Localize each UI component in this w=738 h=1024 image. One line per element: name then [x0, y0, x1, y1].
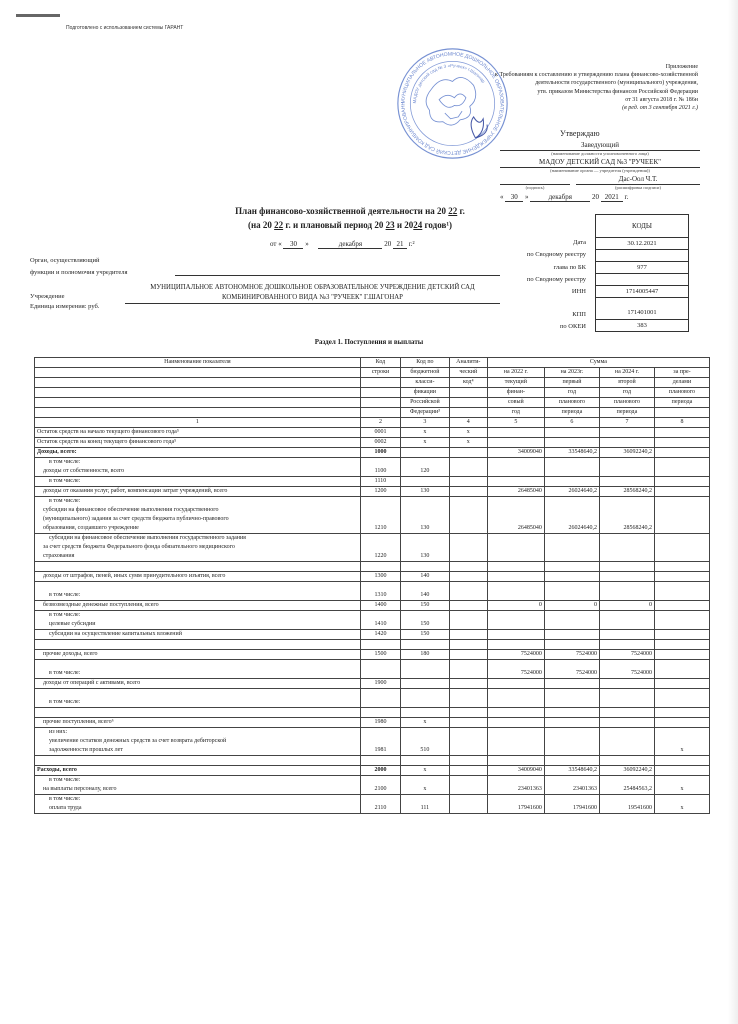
row-sum-2022: 23401363	[487, 776, 544, 795]
header-beyond: за пре-	[654, 368, 709, 378]
table-row: прочие поступления, всего⁶1980x	[35, 718, 710, 728]
row-sum-beyond: x	[654, 776, 709, 795]
row-bk-code: 150	[401, 611, 450, 630]
row-sum-beyond: x	[654, 795, 709, 814]
row-code: 1300	[360, 572, 400, 582]
approve-month: декабря	[530, 193, 590, 202]
header-year2: периода	[544, 408, 599, 418]
row-analytic-code	[449, 582, 487, 601]
row-name: прочие поступления, всего⁶	[35, 718, 361, 728]
row-sum-2023: 33548640,2	[544, 766, 599, 776]
header-year1: финан-	[487, 388, 544, 398]
row-name	[35, 708, 361, 718]
row-name-line: в том числе:	[49, 795, 358, 804]
page-title: План финансово-хозяйственной деятельност…	[200, 204, 500, 232]
row-sum-2024: 36092240,2	[599, 448, 654, 458]
row-sum-2023: 7524000	[544, 650, 599, 660]
row-bk-code	[401, 562, 450, 572]
row-sum-2024	[599, 458, 654, 477]
row-code: 1110	[360, 477, 400, 487]
approve-label: Утверждаю	[560, 129, 600, 138]
row-sum-2023	[544, 438, 599, 448]
row-sum-2022	[487, 582, 544, 601]
row-bk-code: 130	[401, 534, 450, 562]
section-title: Раздел 1. Поступления и выплаты	[0, 338, 738, 346]
row-name-line: доходы от собственности, всего	[43, 467, 358, 476]
column-number: 4	[449, 418, 487, 428]
header-sum: Сумма	[487, 358, 709, 368]
row-sum-2022	[487, 477, 544, 487]
row-name-line: на выплаты персоналу, всего	[43, 785, 358, 794]
row-sum-beyond	[654, 718, 709, 728]
row-bk-code: 130	[401, 487, 450, 497]
row-analytic-code	[449, 766, 487, 776]
row-name: прочие доходы, всего	[35, 650, 361, 660]
row-sum-2023: 33548640,2	[544, 448, 599, 458]
row-code: 2000	[360, 766, 400, 776]
row-sum-2022: 17941600	[487, 795, 544, 814]
table-row: в том числе: 1310140	[35, 582, 710, 601]
row-code	[360, 708, 400, 718]
appendix-line: Приложение	[438, 63, 698, 71]
column-numbers-row: 12345678	[35, 418, 710, 428]
code-label: по Сводному реестру	[470, 249, 586, 261]
header-year2: первый	[544, 378, 599, 388]
table-row: Доходы, всего:10003400904033548640,23609…	[35, 448, 710, 458]
header-analytic: ческий	[449, 368, 487, 378]
header-beyond: планового	[654, 388, 709, 398]
table-header-row: класси-код⁴текущийпервыйвторойделами	[35, 378, 710, 388]
row-name-line: в том числе:	[49, 591, 358, 600]
row-sum-beyond	[654, 640, 709, 650]
row-name-line: в том числе:	[49, 497, 358, 506]
row-sum-2022	[487, 756, 544, 766]
row-analytic-code	[449, 756, 487, 766]
row-sum-2023	[544, 611, 599, 630]
row-analytic-code	[449, 458, 487, 477]
table-row: в том числе:1110	[35, 477, 710, 487]
code-label: глава по БК	[470, 262, 586, 274]
row-name: из них:увеличение остатков денежных сред…	[35, 728, 361, 756]
table-row: субсидии на финансовое обеспечение выпол…	[35, 534, 710, 562]
row-bk-code: 180	[401, 650, 450, 660]
row-analytic-code	[449, 660, 487, 679]
header-bk: Код по	[401, 358, 450, 368]
title-text: г. и плановый период 20	[285, 220, 383, 230]
row-name: Остаток средств на начало текущего финан…	[35, 428, 361, 438]
row-bk-code: 120	[401, 458, 450, 477]
row-code: 1210	[360, 497, 400, 534]
header-year3: периода	[599, 408, 654, 418]
row-sum-2022	[487, 572, 544, 582]
row-code: 2110	[360, 795, 400, 814]
approver-organization: МАДОУ ДЕТСКИЙ САД №3 "РУЧЕЕК"	[500, 157, 700, 168]
row-name: в том числе:на выплаты персоналу, всего	[35, 776, 361, 795]
row-sum-2024	[599, 756, 654, 766]
row-sum-beyond	[654, 438, 709, 448]
row-name: Остаток средств на конец текущего финанс…	[35, 438, 361, 448]
row-sum-2022: 26485040	[487, 497, 544, 534]
table-row: Расходы, всего2000x3400904033548640,2360…	[35, 766, 710, 776]
table-row: безвозмездные денежные поступления, всег…	[35, 601, 710, 611]
row-sum-2022	[487, 534, 544, 562]
row-name-line: субсидии на финансовое обеспечение выпол…	[49, 534, 358, 543]
row-bk-code	[401, 477, 450, 487]
row-sum-beyond	[654, 660, 709, 679]
row-sum-2023	[544, 428, 599, 438]
codes-box: КОДЫ 30.12.2021 977 1714005447 171401001…	[595, 214, 689, 332]
row-sum-2023	[544, 708, 599, 718]
row-analytic-code	[449, 679, 487, 689]
title-text: и 20	[397, 220, 413, 230]
title-year: 22	[274, 220, 283, 230]
row-sum-2024	[599, 562, 654, 572]
row-sum-2024	[599, 572, 654, 582]
table-row: в том числе:оплата труда2110111179416001…	[35, 795, 710, 814]
row-bk-code: 140	[401, 572, 450, 582]
row-sum-2022	[487, 718, 544, 728]
row-sum-2024: 25484563,2	[599, 776, 654, 795]
row-sum-2022: 0	[487, 601, 544, 611]
row-sum-2024	[599, 718, 654, 728]
founder-label: Орган, осуществляющий функции и полномоч…	[30, 255, 127, 279]
row-code: 1900	[360, 679, 400, 689]
approve-year-prefix: 20	[592, 193, 599, 201]
appendix-line: утв. приказом Министерства финансов Росс…	[438, 88, 698, 96]
row-code: 1500	[360, 650, 400, 660]
row-name-line: целевые субсидии	[49, 620, 358, 629]
row-sum-beyond	[654, 562, 709, 572]
header-bk: фикации	[401, 388, 450, 398]
table-header-row: Российскойсовыйплановогоплановогопериода	[35, 398, 710, 408]
row-name: в том числе:субсидии на финансовое обесп…	[35, 497, 361, 534]
table-row: из них:увеличение остатков денежных сред…	[35, 728, 710, 756]
header-code: Код	[360, 358, 400, 368]
codes-header: КОДЫ	[596, 215, 688, 238]
row-sum-2022: 7524000	[487, 650, 544, 660]
header-name	[35, 408, 361, 418]
row-name: в том числе:оплата труда	[35, 795, 361, 814]
row-code: 1000	[360, 448, 400, 458]
row-name: субсидии на финансовое обеспечение выпол…	[35, 534, 361, 562]
table-row: в том числе:на выплаты персоналу, всего2…	[35, 776, 710, 795]
date-year: 21	[393, 240, 407, 249]
row-name	[35, 640, 361, 650]
row-bk-code: 150	[401, 601, 450, 611]
row-sum-2022: 7524000	[487, 660, 544, 679]
code-value-date: 30.12.2021	[596, 238, 688, 250]
table-row: Остаток средств на конец текущего финанс…	[35, 438, 710, 448]
row-analytic-code	[449, 562, 487, 572]
table-row: доходы от операций с активами, всего1900	[35, 679, 710, 689]
row-analytic-code	[449, 650, 487, 660]
row-sum-2023	[544, 679, 599, 689]
income-expense-table: Наименование показателяКодКод поАналити-…	[34, 357, 710, 814]
title-year: 24	[413, 220, 422, 230]
approve-year: 2021	[601, 193, 623, 202]
row-name: субсидии на осуществление капитальных вл…	[35, 630, 361, 640]
row-sum-2022	[487, 708, 544, 718]
row-code: 2100	[360, 776, 400, 795]
row-sum-2023: 26024640,2	[544, 497, 599, 534]
row-analytic-code	[449, 689, 487, 708]
header-year3: год	[599, 388, 654, 398]
institution-name: МУНИЦИПАЛЬНОЕ АВТОНОМНОЕ ДОШКОЛЬНОЕ ОБРА…	[125, 283, 500, 304]
row-analytic-code	[449, 640, 487, 650]
row-sum-2024: 19541600	[599, 795, 654, 814]
row-name-line: оплата труда	[49, 804, 358, 813]
row-sum-beyond	[654, 650, 709, 660]
row-code	[360, 756, 400, 766]
row-name-line: из них:	[49, 728, 358, 737]
row-sum-2023	[544, 630, 599, 640]
table-row	[35, 640, 710, 650]
row-bk-code	[401, 640, 450, 650]
row-name: доходы от штрафов, пеней, иных сумм прин…	[35, 572, 361, 582]
row-sum-2024: 36092240,2	[599, 766, 654, 776]
row-sum-2022	[487, 562, 544, 572]
header-name	[35, 368, 361, 378]
row-code: 1100	[360, 458, 400, 477]
row-bk-code: 130	[401, 497, 450, 534]
table-row: в том числе:	[35, 689, 710, 708]
header-bk: Российской	[401, 398, 450, 408]
row-name-line: доходы от оказания услуг, работ, компенс…	[43, 487, 358, 496]
row-name-line: задолженности прошлых лет	[49, 746, 358, 755]
header-year1: на 2022 г.	[487, 368, 544, 378]
header-code	[360, 388, 400, 398]
appendix-note: Приложение к Требованиям к составлению и…	[438, 63, 698, 112]
appendix-line: к Требованиям к составлению и утверждени…	[438, 71, 698, 79]
scan-edge-mark	[16, 14, 60, 17]
row-bk-code	[401, 679, 450, 689]
row-sum-2024	[599, 438, 654, 448]
row-analytic-code	[449, 630, 487, 640]
row-sum-2023	[544, 728, 599, 756]
row-sum-beyond	[654, 766, 709, 776]
row-sum-beyond	[654, 689, 709, 708]
row-sum-2023	[544, 640, 599, 650]
header-beyond	[654, 408, 709, 418]
row-code: 1410	[360, 611, 400, 630]
row-sum-2024: 7524000	[599, 650, 654, 660]
header-year2: год	[544, 388, 599, 398]
column-number: 3	[401, 418, 450, 428]
row-name-line: субсидии на финансовое обеспечение выпол…	[43, 506, 358, 515]
row-sum-2022	[487, 689, 544, 708]
date-text: »	[305, 240, 309, 248]
row-name	[35, 756, 361, 766]
header-bk: класси-	[401, 378, 450, 388]
column-number: 6	[544, 418, 599, 428]
row-name-line: Доходы, всего:	[37, 448, 358, 457]
signature-field	[500, 174, 570, 185]
signature-caption: (подпись)	[500, 185, 570, 191]
row-code: 0001	[360, 428, 400, 438]
row-sum-2024	[599, 679, 654, 689]
row-code: 1200	[360, 487, 400, 497]
scan-edge-shadow	[728, 0, 738, 1024]
table-row: в том числе:доходы от собственности, все…	[35, 458, 710, 477]
header-year3: планового	[599, 398, 654, 408]
approval-signature-block: Заведующий (наименование должности уполн…	[500, 140, 700, 202]
row-sum-2023	[544, 534, 599, 562]
row-sum-2024	[599, 534, 654, 562]
row-sum-beyond	[654, 428, 709, 438]
founder-field	[175, 275, 500, 276]
column-number: 8	[654, 418, 709, 428]
row-bk-code: 150	[401, 630, 450, 640]
row-sum-2024: 7524000	[599, 660, 654, 679]
header-year3: на 2024 г.	[599, 368, 654, 378]
code-value-kpp: 171401001	[596, 298, 688, 320]
date-text: от «	[270, 240, 282, 248]
header-year1: совый	[487, 398, 544, 408]
row-name: в том числе:доходы от собственности, все…	[35, 458, 361, 477]
row-code: 1980	[360, 718, 400, 728]
row-name-line: в том числе:	[49, 698, 358, 707]
row-name-line: страхования	[43, 552, 358, 561]
row-name-line: прочие поступления, всего⁶	[43, 718, 358, 727]
row-sum-2024	[599, 728, 654, 756]
row-name-line: в том числе:	[49, 611, 358, 620]
row-sum-beyond	[654, 458, 709, 477]
header-beyond: периода	[654, 398, 709, 408]
row-sum-beyond	[654, 572, 709, 582]
row-name-line: в том числе:	[49, 669, 358, 678]
header-code	[360, 378, 400, 388]
header-analytic: Аналити-	[449, 358, 487, 368]
row-sum-2023	[544, 477, 599, 487]
table-row	[35, 756, 710, 766]
row-name-line: в том числе:	[49, 458, 358, 467]
row-analytic-code	[449, 497, 487, 534]
row-name-line: доходы от штрафов, пеней, иных сумм прин…	[43, 572, 358, 581]
row-bk-code	[401, 756, 450, 766]
row-analytic-code: x	[449, 428, 487, 438]
row-sum-beyond	[654, 756, 709, 766]
row-sum-2024	[599, 611, 654, 630]
code-value-bk: 977	[596, 262, 688, 274]
title-text: г.	[460, 206, 465, 216]
row-sum-2023	[544, 582, 599, 601]
row-sum-2024	[599, 428, 654, 438]
title-year: 23	[386, 220, 395, 230]
table-row	[35, 562, 710, 572]
row-sum-2022: 34009040	[487, 766, 544, 776]
header-analytic	[449, 408, 487, 418]
table-row: доходы от оказания услуг, работ, компенс…	[35, 487, 710, 497]
row-bk-code: 111	[401, 795, 450, 814]
header-name	[35, 378, 361, 388]
row-sum-2022	[487, 630, 544, 640]
row-sum-2024	[599, 582, 654, 601]
row-name-line: доходы от операций с активами, всего	[43, 679, 358, 688]
row-code: 1220	[360, 534, 400, 562]
plan-date: от « 30 » декабря 20 21 г.²	[270, 240, 415, 249]
row-code: 1981	[360, 728, 400, 756]
row-name-line: образования, создавшего учреждение	[43, 524, 358, 533]
row-sum-beyond	[654, 679, 709, 689]
row-name-line: Расходы, всего	[37, 766, 358, 775]
row-code	[360, 689, 400, 708]
row-name: в том числе:целевые субсидии	[35, 611, 361, 630]
approve-year-suffix: г.	[625, 193, 629, 201]
founder-label-line: функции и полномочия учредителя	[30, 267, 127, 279]
row-code: 1420	[360, 630, 400, 640]
row-code: 1400	[360, 601, 400, 611]
row-analytic-code	[449, 601, 487, 611]
column-number: 5	[487, 418, 544, 428]
header-year2: планового	[544, 398, 599, 408]
row-sum-2024: 28568240,2	[599, 497, 654, 534]
garant-note: Подготовлено с использованием системы ГА…	[66, 25, 183, 31]
header-name: Наименование показателя	[35, 358, 361, 368]
row-code	[360, 640, 400, 650]
row-name: в том числе:	[35, 582, 361, 601]
row-bk-code: x	[401, 428, 450, 438]
row-sum-2023: 26024640,2	[544, 487, 599, 497]
row-analytic-code	[449, 776, 487, 795]
row-bk-code: 140	[401, 582, 450, 601]
appendix-line: деятельности государственного (муниципал…	[438, 79, 698, 87]
approve-date: « 30 » декабря 20 2021 г.	[500, 193, 700, 202]
header-analytic: код⁴	[449, 378, 487, 388]
row-analytic-code	[449, 572, 487, 582]
row-sum-beyond	[654, 477, 709, 487]
row-code	[360, 562, 400, 572]
row-analytic-code	[449, 534, 487, 562]
header-name	[35, 388, 361, 398]
appendix-line: (в ред. от 3 сентября 2021 г.)	[438, 104, 698, 112]
header-bk: бюджетной	[401, 368, 450, 378]
table-header-row: Наименование показателяКодКод поАналити-…	[35, 358, 710, 368]
code-label: Дата	[470, 237, 586, 249]
row-name: Расходы, всего	[35, 766, 361, 776]
header-beyond: делами	[654, 378, 709, 388]
row-analytic-code	[449, 448, 487, 458]
row-analytic-code	[449, 795, 487, 814]
row-bk-code	[401, 708, 450, 718]
column-number: 7	[599, 418, 654, 428]
row-bk-code	[401, 660, 450, 679]
table-row: доходы от штрафов, пеней, иных сумм прин…	[35, 572, 710, 582]
table-row: субсидии на осуществление капитальных вл…	[35, 630, 710, 640]
row-name-line: безвозмездные денежные поступления, всег…	[43, 601, 358, 610]
table-row: Остаток средств на начало текущего финан…	[35, 428, 710, 438]
row-sum-beyond	[654, 497, 709, 534]
title-text: План финансово-хозяйственной деятельност…	[235, 206, 446, 216]
date-text: г.²	[409, 240, 415, 248]
row-name: безвозмездные денежные поступления, всег…	[35, 601, 361, 611]
row-sum-2023	[544, 458, 599, 477]
row-sum-beyond	[654, 708, 709, 718]
table-row: в том числе: 752400075240007524000	[35, 660, 710, 679]
row-sum-2023: 23401363	[544, 776, 599, 795]
row-sum-beyond	[654, 448, 709, 458]
header-year2: на 2023г.	[544, 368, 599, 378]
row-sum-beyond	[654, 582, 709, 601]
row-sum-2024	[599, 708, 654, 718]
row-sum-beyond	[654, 601, 709, 611]
row-bk-code: x	[401, 718, 450, 728]
table-row: прочие доходы, всего15001807524000752400…	[35, 650, 710, 660]
row-analytic-code	[449, 611, 487, 630]
row-sum-2023	[544, 562, 599, 572]
row-sum-beyond: x	[654, 728, 709, 756]
header-year3: второй	[599, 378, 654, 388]
row-name: доходы от оказания услуг, работ, компенс…	[35, 487, 361, 497]
